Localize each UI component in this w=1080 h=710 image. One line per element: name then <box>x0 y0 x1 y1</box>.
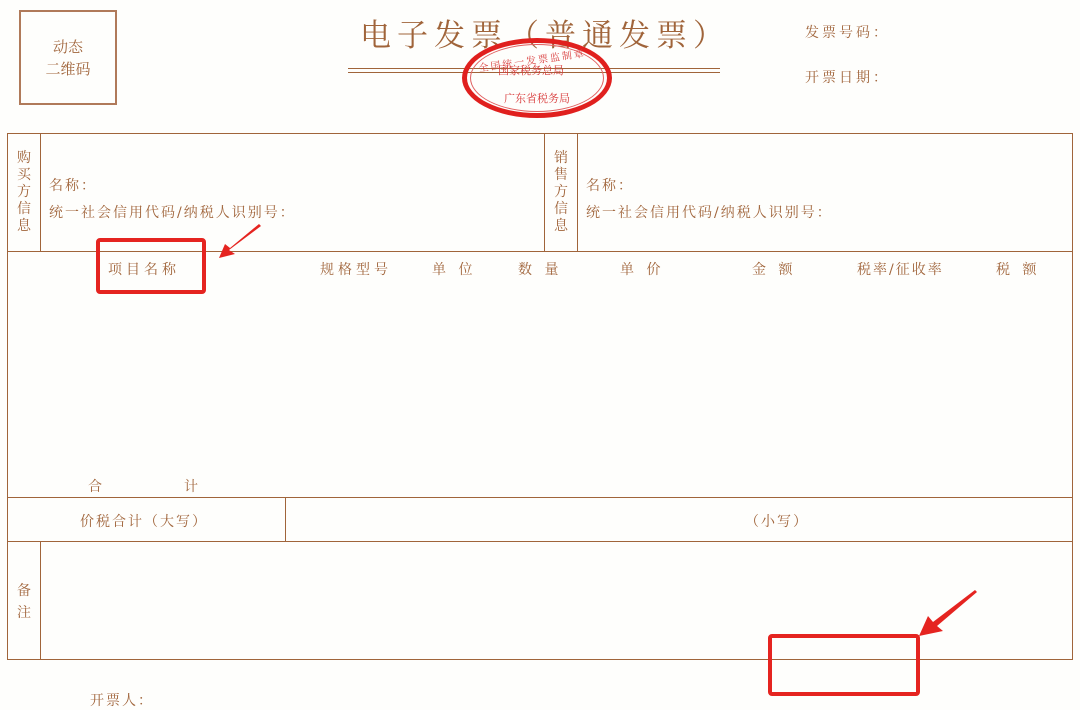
column-quantity: 数 量 <box>518 259 562 279</box>
highlight-blank-box <box>768 634 920 696</box>
total-lowercase-label: （小写） <box>745 511 809 531</box>
column-tax-rate: 税率/征收率 <box>857 259 944 279</box>
total-row-divider <box>285 497 286 541</box>
buyer-label-divider <box>40 133 41 251</box>
column-unit-price: 单 价 <box>620 259 664 279</box>
total-row-bottom <box>7 541 1073 542</box>
total-label-left: 合 <box>88 476 104 496</box>
column-tax-amount: 税 额 <box>996 259 1040 279</box>
remarks-label-divider <box>40 541 41 660</box>
buyer-tax-id-label: 统一社会信用代码/纳税人识别号： <box>49 202 296 222</box>
seal-bottom-text: 广东省税务局 <box>504 90 570 106</box>
remarks-label: 备注 <box>16 580 32 624</box>
qr-label-line2: 二维码 <box>45 58 90 80</box>
seller-tax-id-label: 统一社会信用代码/纳税人识别号： <box>586 202 833 222</box>
seal-middle-text: 国家税务总局 <box>498 62 564 78</box>
seller-name-label: 名称： <box>586 175 634 195</box>
column-spec-model: 规格型号 <box>320 259 392 279</box>
total-uppercase-label: 价税合计（大写） <box>80 511 208 531</box>
dynamic-qr-code-placeholder: 动态 二维码 <box>19 10 117 105</box>
arrow-pointer-icon <box>915 588 981 640</box>
issue-date-label: 开票日期： <box>805 67 890 87</box>
seller-section-label: 销售方信息 <box>553 150 569 235</box>
buyer-section-label: 购买方信息 <box>16 150 32 235</box>
party-divider <box>544 133 545 251</box>
seller-label-divider <box>577 133 578 251</box>
buyer-name-label: 名称： <box>49 175 97 195</box>
qr-label-line1: 动态 <box>53 36 83 58</box>
column-amount: 金 额 <box>752 259 796 279</box>
invoice-number-label: 发票号码： <box>805 22 890 42</box>
column-unit: 单 位 <box>432 259 476 279</box>
items-section-bottom <box>7 497 1073 498</box>
issuer-label: 开票人： <box>90 690 154 710</box>
highlight-item-name-box <box>96 238 206 294</box>
total-label-right: 计 <box>184 476 200 496</box>
arrow-pointer-icon <box>215 222 265 260</box>
